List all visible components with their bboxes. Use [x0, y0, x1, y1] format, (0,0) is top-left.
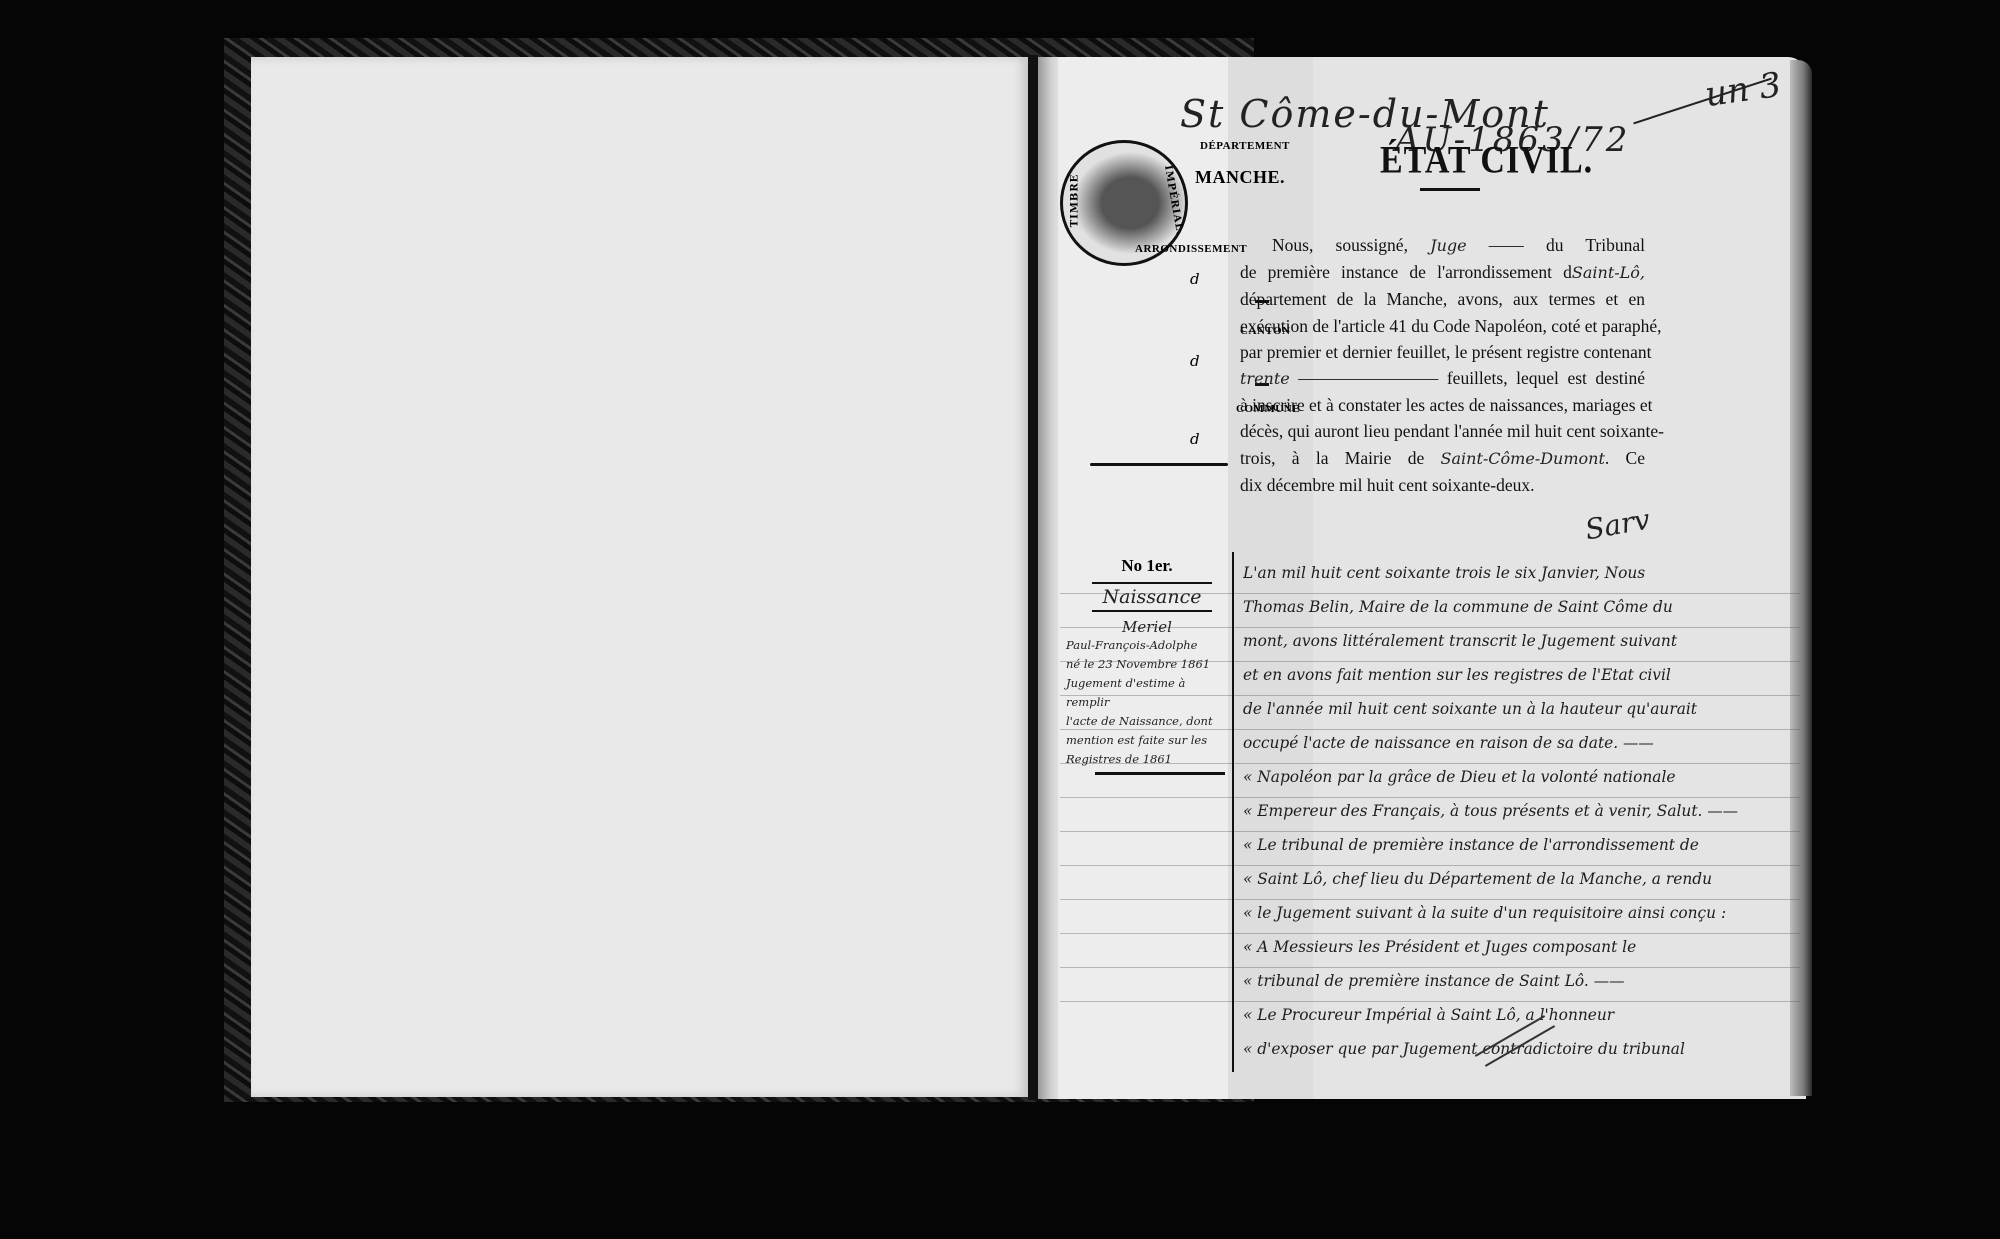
act-line: mont, avons littéralement transcrit le J…	[1243, 624, 1791, 658]
margin-divider	[1232, 552, 1234, 1072]
act-line: occupé l'acte de naissance en raison de …	[1243, 726, 1791, 760]
act-line: « Le Procureur Impérial à Saint Lô, a l'…	[1243, 998, 1791, 1032]
margin-note-line: l'acte de Naissance, dont	[1062, 712, 1232, 731]
act-line: et en avons fait mention sur les registr…	[1243, 658, 1791, 692]
page-title: ÉTAT CIVIL.	[1380, 139, 1593, 183]
label-d-commune: d	[1190, 430, 1200, 448]
act-line: « le Jugement suivant à la suite d'un re…	[1243, 896, 1791, 930]
act-line: « tribunal de première instance de Saint…	[1243, 964, 1791, 998]
title-ornament	[1420, 188, 1480, 191]
page-fold-shadow	[1038, 57, 1060, 1099]
preamble-line: à inscrire et à constater les actes de n…	[1240, 392, 1645, 418]
preamble-line: décès, qui auront lieu pendant l'année m…	[1240, 418, 1645, 444]
act-line: L'an mil huit cent soixante trois le six…	[1243, 556, 1791, 590]
margin-note-line: né le 23 Novembre 1861	[1062, 655, 1232, 674]
label-arrondissement: ARRONDISSEMENT	[1135, 243, 1247, 255]
entry-number: No 1er.	[1062, 556, 1232, 576]
act-line: « Empereur des Français, à tous présents…	[1243, 794, 1791, 828]
preamble-line: département de la Manche, avons, aux ter…	[1240, 286, 1645, 312]
preamble-line: trente ———————— feuillets, lequel est de…	[1240, 365, 1645, 392]
entry-surname: Meriel	[1062, 618, 1232, 636]
left-page-blank	[251, 57, 1028, 1097]
entry-type: Naissance	[1092, 582, 1212, 612]
entry-separator	[1095, 772, 1225, 775]
margin-note-line: Registres de 1861	[1062, 750, 1232, 769]
preamble-line: par premier et dernier feuillet, le prés…	[1240, 339, 1645, 365]
commune-rule	[1090, 463, 1228, 466]
preamble-line: de première instance de l'arrondissement…	[1240, 259, 1645, 286]
label-departement: DÉPARTEMENT	[1200, 140, 1290, 152]
book-spine	[1028, 55, 1038, 1100]
preamble-text: Nous, soussigné, Juge —— du Tribunal de …	[1240, 232, 1645, 498]
act-line: « Le tribunal de première instance de l'…	[1243, 828, 1791, 862]
margin-note-line: Jugement d'estime à remplir	[1062, 674, 1232, 712]
margin-note-line: mention est faite sur les	[1062, 731, 1232, 750]
label-d-canton: d	[1190, 352, 1200, 370]
act-line: Thomas Belin, Maire de la commune de Sai…	[1243, 590, 1791, 624]
act-line: « d'exposer que par Jugement contradicto…	[1243, 1032, 1791, 1066]
act-line: « A Messieurs les Président et Juges com…	[1243, 930, 1791, 964]
entry-margin: No 1er. Naissance Meriel Paul-François-A…	[1062, 556, 1232, 769]
preamble-line: trois, à la Mairie de Saint-Côme-Dumont.…	[1240, 445, 1645, 472]
preamble-line: Nous, soussigné, Juge —— du Tribunal	[1240, 232, 1645, 259]
act-line: de l'année mil huit cent soixante un à l…	[1243, 692, 1791, 726]
label-manche: MANCHE.	[1195, 167, 1285, 188]
label-d-arrondissement: d	[1190, 270, 1200, 288]
act-line: « Napoléon par la grâce de Dieu et la vo…	[1243, 760, 1791, 794]
preamble-line: exécution de l'article 41 du Code Napolé…	[1240, 313, 1645, 339]
act-body: L'an mil huit cent soixante trois le six…	[1243, 556, 1791, 1066]
preamble-line: dix décembre mil huit cent soixante-deux…	[1240, 472, 1645, 498]
stamp-text-left: TIMBRE	[1069, 174, 1080, 228]
margin-note-line: Paul-François-Adolphe	[1062, 636, 1232, 655]
act-line: « Saint Lô, chef lieu du Département de …	[1243, 862, 1791, 896]
